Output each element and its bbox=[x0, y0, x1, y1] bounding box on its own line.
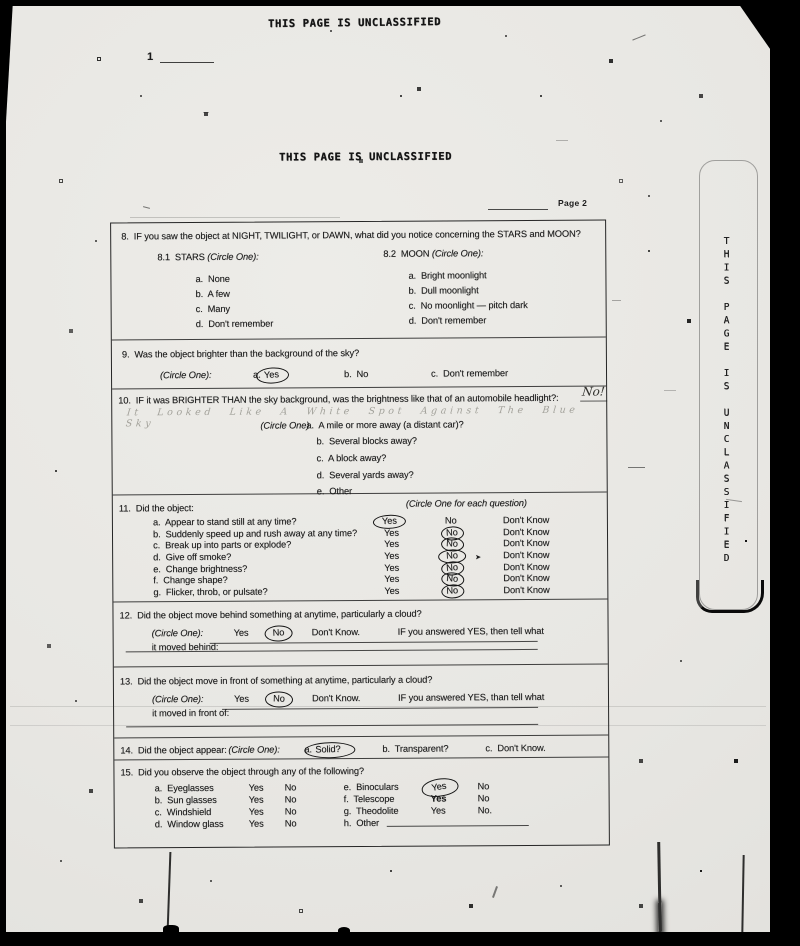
question-8: 8. IF you saw the object at NIGHT, TWILI… bbox=[121, 229, 581, 243]
section-divider bbox=[114, 756, 608, 760]
q11-row-b: b. Suddenly speed up and rush away at an… bbox=[153, 528, 357, 540]
q11-row-a-dk: Don't Know bbox=[503, 515, 549, 526]
q11-row-e-yes: Yes bbox=[384, 563, 399, 574]
q12-answer-line bbox=[210, 641, 538, 644]
q14-option-a: a. Solid? bbox=[304, 744, 341, 755]
q15-left-row: d. Window glass bbox=[155, 819, 224, 830]
vertical-classification-text: THIS PAGE IS UNCLASSIFIED bbox=[714, 236, 732, 566]
q11-row-e: e. Change brightness? bbox=[153, 564, 247, 576]
page-number-underline bbox=[488, 209, 548, 210]
q12-circle-hint: (Circle One): bbox=[152, 628, 203, 639]
q13-answer-line bbox=[222, 707, 538, 710]
q11-row-f-yes: Yes bbox=[384, 574, 399, 585]
question-8-2-label: 8.2 MOON (Circle One): bbox=[383, 248, 483, 260]
q9-option-b: b. No bbox=[344, 369, 368, 380]
q9-option-c: c. Don't remember bbox=[431, 368, 508, 379]
classification-header-top: THIS PAGE IS UNCLASSIFIED bbox=[268, 16, 441, 30]
q10-circle-hint: (Circle One) bbox=[260, 420, 309, 431]
q14-option-c: c. Don't Know. bbox=[485, 743, 545, 754]
q15-left-yes: Yes bbox=[249, 819, 264, 830]
q11-row-c: c. Break up into parts or explode? bbox=[153, 539, 291, 551]
q15-right-yes: Yes bbox=[431, 793, 447, 804]
question-12: 12. Did the object move behind something… bbox=[119, 609, 421, 622]
question-15: 15. Did you observe the object through a… bbox=[120, 766, 364, 778]
moon-option: d. Don't remember bbox=[409, 315, 487, 326]
q15-left-yes: Yes bbox=[249, 795, 264, 806]
q15-right-row: g. Theodolite bbox=[344, 806, 399, 817]
section-divider bbox=[112, 336, 606, 340]
stars-option: a. None bbox=[195, 274, 229, 285]
scan-edge-right bbox=[770, 0, 800, 946]
question-13: 13. Did the object move in front of some… bbox=[120, 675, 432, 688]
q11-row-b-dk: Don't Know bbox=[503, 527, 549, 538]
stamp-bracket-bottom bbox=[696, 580, 764, 613]
q15-left-row: a. Eyeglasses bbox=[155, 783, 214, 794]
q15-right-row: f. Telescope bbox=[344, 794, 395, 805]
scratch-mark bbox=[556, 140, 568, 141]
q11-row-e-dk: Don't Know bbox=[503, 562, 549, 573]
stray-mark-line bbox=[160, 62, 214, 63]
q15-left-row: c. Windshield bbox=[155, 807, 212, 818]
scratch-mark bbox=[612, 300, 621, 301]
q15-binoculars-yes-circled: Yes bbox=[431, 781, 448, 792]
q12-yes: Yes bbox=[234, 628, 249, 639]
q11-row-b-yes: Yes bbox=[384, 528, 399, 539]
q11-row-d-no: No bbox=[445, 550, 459, 561]
stars-circle-hint: (Circle One): bbox=[207, 252, 258, 262]
q10-option: e. Other bbox=[317, 486, 352, 497]
q15-other-line bbox=[387, 825, 529, 827]
section-divider bbox=[114, 734, 608, 738]
q13-followup: IF you answered YES, than tell what bbox=[398, 692, 544, 704]
q11-row-c-no: No bbox=[445, 538, 459, 549]
q10-answer-underline bbox=[580, 400, 607, 401]
q11-row-g: g. Flicker, throb, or pulsate? bbox=[153, 587, 267, 599]
q11-row-g-no: No bbox=[445, 585, 459, 596]
q10-option: c. A block away? bbox=[317, 453, 387, 464]
stray-mark: 1 bbox=[147, 52, 153, 63]
question-9: 9. Was the object brighter than the back… bbox=[122, 348, 359, 360]
q15-right-row: h. Other bbox=[344, 818, 379, 829]
scan-edge-bump bbox=[163, 925, 179, 934]
q13-dk: Don't Know. bbox=[312, 693, 360, 704]
q15-left-row: b. Sun glasses bbox=[155, 795, 217, 806]
q9-answer-circled: Yes bbox=[256, 367, 290, 385]
q11-instruction: (Circle One for each question) bbox=[406, 498, 527, 510]
q11-row-f-dk: Don't Know bbox=[503, 573, 549, 584]
q11-row-a-no: No bbox=[445, 515, 457, 526]
scratch-mark bbox=[628, 467, 645, 468]
q15-left-no: No bbox=[285, 782, 297, 793]
q15-left-yes: Yes bbox=[249, 783, 264, 794]
q15-left-no: No bbox=[285, 794, 297, 805]
q11-row-g-dk: Don't Know bbox=[503, 585, 549, 596]
q13-yes: Yes bbox=[234, 694, 249, 705]
q13-followup-cont: it moved in front of: bbox=[152, 708, 229, 719]
q15-left-yes: Yes bbox=[249, 807, 264, 818]
q11-row-d-yes: Yes bbox=[384, 551, 399, 562]
scratch-mark bbox=[203, 112, 209, 113]
q11-row-a: a. Appear to stand still at any time? bbox=[153, 516, 297, 528]
q11-row-c-dk: Don't Know bbox=[503, 538, 549, 549]
q15-right-row: e. Binoculars bbox=[344, 782, 399, 793]
q12-dk: Don't Know. bbox=[312, 627, 360, 638]
q11-row-f: f. Change shape? bbox=[153, 575, 227, 586]
section-divider bbox=[112, 385, 606, 389]
q14-answer-circled: Solid? bbox=[304, 742, 356, 759]
question-14: 14. Did the object appear: bbox=[120, 745, 226, 757]
q12-no-circled: No bbox=[272, 627, 286, 638]
q11-row-f-no: No bbox=[445, 573, 459, 584]
page-number: Page 2 bbox=[558, 198, 587, 208]
moon-option: b. Dull moonlight bbox=[408, 285, 478, 296]
scratch-mark bbox=[664, 390, 676, 391]
q15-left-no: No bbox=[285, 818, 297, 829]
q15-right-no: No. bbox=[478, 805, 492, 816]
scan-edge-top bbox=[0, 0, 800, 6]
q10-option: b. Several blocks away? bbox=[316, 436, 417, 448]
q13-answer-line bbox=[126, 724, 538, 728]
question-8-1-label: 8.1 STARS (Circle One): bbox=[157, 252, 258, 264]
stars-option: d. Don't remember bbox=[196, 319, 274, 330]
q15-right-no: No bbox=[478, 781, 490, 792]
q14-option-b: b. Transparent? bbox=[382, 743, 448, 754]
scanned-document-page: THIS PAGE IS UNCLASSIFIED THIS PAGE IS U… bbox=[0, 0, 800, 946]
questionnaire-box: 8. IF you saw the object at NIGHT, TWILI… bbox=[110, 219, 610, 848]
q13-no-circled: No bbox=[272, 693, 286, 704]
q10-option: d. Several yards away? bbox=[317, 470, 414, 482]
q13-circle-hint: (Circle One): bbox=[152, 694, 203, 705]
q11-row-a-yes: Yes bbox=[381, 516, 398, 527]
scan-edge-bump bbox=[338, 927, 350, 934]
moon-label: 8.2 MOON bbox=[383, 249, 432, 259]
question-11: 11. Did the object: bbox=[119, 503, 194, 514]
classification-header-inner: THIS PAGE IS UNCLASSIFIED bbox=[279, 151, 452, 164]
q12-followup: IF you answered YES, then tell what bbox=[398, 626, 544, 638]
q15-right-yes: Yes bbox=[431, 805, 446, 816]
q10-handwritten-answer: No! bbox=[581, 384, 605, 398]
moon-option: a. Bright moonlight bbox=[408, 270, 486, 281]
stars-option: c. Many bbox=[196, 304, 230, 315]
moon-option: c. No moonlight — pitch dark bbox=[409, 300, 528, 312]
q14-circle-hint: (Circle One): bbox=[228, 744, 279, 755]
arrow-mark: ➤ bbox=[475, 552, 481, 563]
stars-label: 8.1 STARS bbox=[157, 252, 207, 262]
scan-edge-left-sliver bbox=[0, 120, 5, 420]
q15-left-no: No bbox=[285, 806, 297, 817]
section-divider bbox=[113, 491, 607, 495]
q9-circle-hint: (Circle One): bbox=[160, 370, 211, 381]
moon-circle-hint: (Circle One): bbox=[432, 248, 483, 258]
q10-option: a. A mile or more away (a distant car)? bbox=[306, 419, 463, 431]
q11-row-c-yes: Yes bbox=[384, 539, 399, 550]
ghost-line bbox=[130, 217, 340, 218]
section-divider bbox=[114, 663, 608, 667]
scan-edge-bottom bbox=[0, 932, 800, 946]
q9-option-a: a. Yes bbox=[253, 369, 280, 380]
q11-row-g-yes: Yes bbox=[384, 586, 399, 597]
section-divider bbox=[113, 598, 607, 602]
q11-row-d: d. Give off smoke? bbox=[153, 552, 231, 563]
stars-option: b. A few bbox=[196, 289, 230, 300]
q11-row-d-dk: Don't Know bbox=[503, 550, 549, 561]
q15-right-no: No bbox=[478, 793, 490, 804]
